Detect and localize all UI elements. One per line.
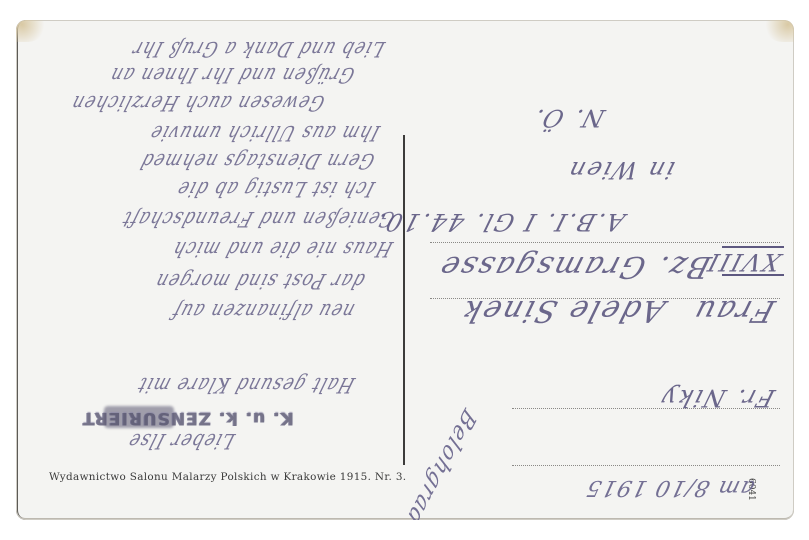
message-line: Gewesen auch Herzlichen	[68, 90, 328, 115]
message-line: Ihm aus Ullrich umuvie	[146, 120, 383, 145]
message-line: Genießen und Freundschaft	[119, 206, 398, 231]
address-country-note: N. Ö.	[529, 104, 608, 132]
message-signature: Lieber Ilse	[125, 428, 239, 453]
recipient-name: Adele Sinek	[456, 293, 669, 328]
censor-stamp: K. u. k. ZENSURIERT	[82, 408, 294, 428]
message-line: Gern Dienstags nehmed	[137, 148, 378, 173]
handwriting-layer: Lieb und Dank a Gruß Ihr Grüßen und Ihr …	[16, 20, 794, 520]
message-line: neu alfinanzen auf	[169, 298, 358, 323]
sender-place: Belohgrad	[402, 403, 480, 520]
address-street: Bz. Gramsgasse	[434, 249, 715, 284]
postcard-back: Wydawnictwo Salonu Malarzy Polskich w Kr…	[16, 20, 794, 520]
address-city: in Wien	[564, 156, 678, 184]
address-district: XVIII	[703, 248, 784, 276]
message-line: dar Post sind morgen	[152, 268, 368, 293]
message-line: Halt gesund Klare mit	[134, 372, 358, 397]
message-line: Grüßen und Ihr Ihnen an	[106, 62, 358, 87]
message-line: Haus nie die und mich	[169, 236, 396, 261]
address-extra-line: Fr. Niky	[656, 384, 778, 412]
date-annotation: am 8/10 1915	[583, 475, 757, 500]
message-line: Lieb und Dank a Gruß Ihr	[129, 36, 388, 61]
message-line: Ich ist Lustig ab die	[173, 176, 378, 201]
address-postal-ref: A.B.I. I Gl. 44.10.	[371, 208, 628, 236]
recipient-title: Frau	[689, 293, 779, 328]
